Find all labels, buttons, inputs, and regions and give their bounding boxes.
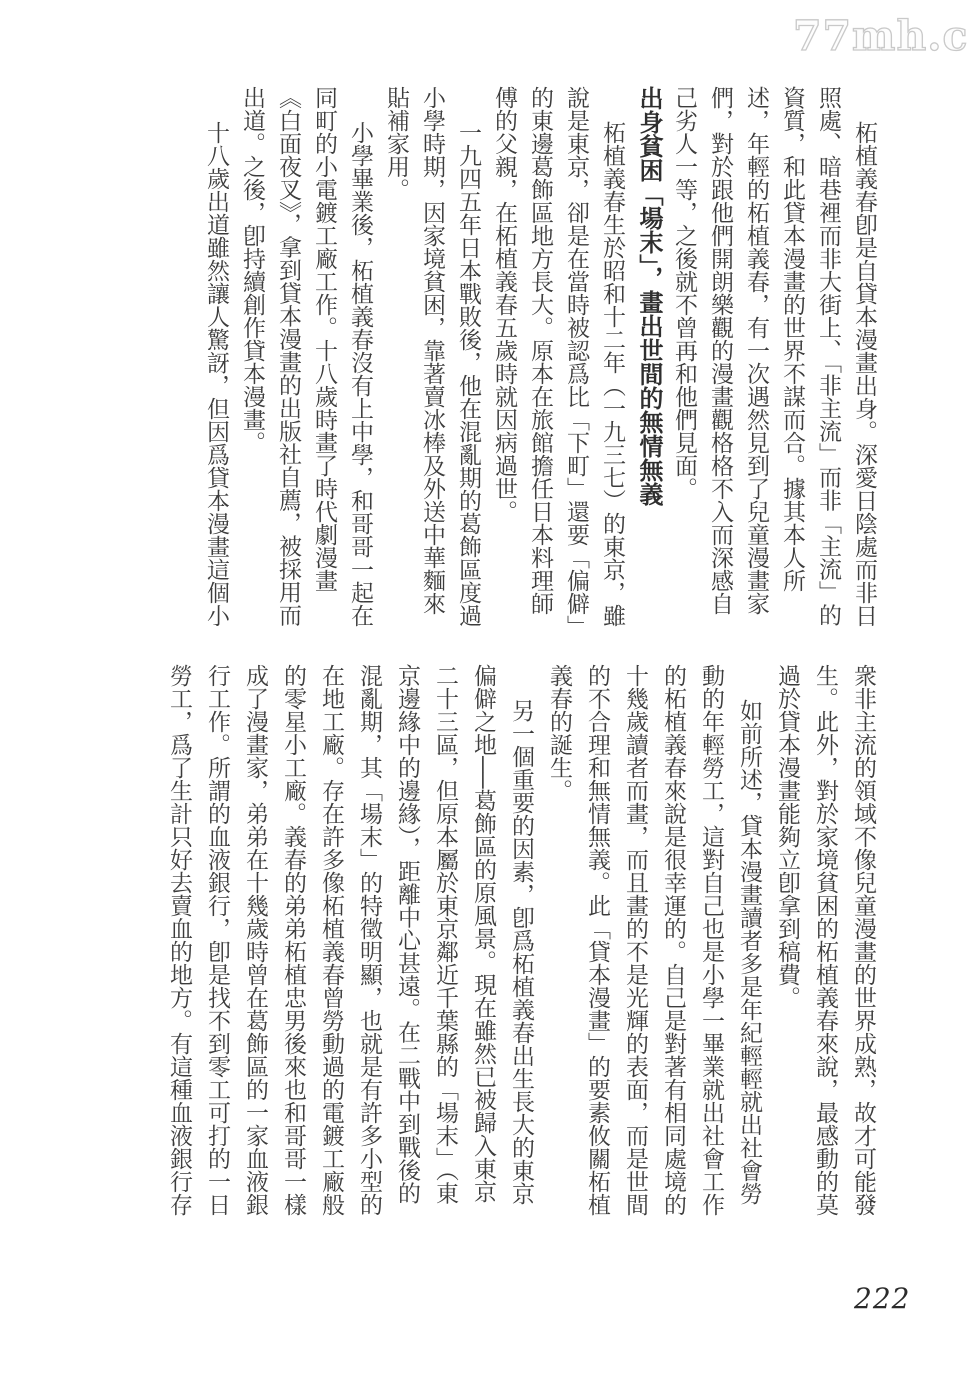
body-paragraph: 另一個重要的因素，卽爲柘植義春出生長大的東京偏僻之地──葛飾區的原風景。現在雖然… xyxy=(158,664,540,1216)
top-register: 柘植義春卽是自貸本漫畫出身。深愛日陰處而非日照處、暗巷裡而非大街上、「非主流」而… xyxy=(158,86,882,634)
site-watermark: 77mh.com xyxy=(793,12,968,60)
page-number: 222 xyxy=(854,1282,910,1315)
body-paragraph: 衆非主流的領域不像兒童漫畫的世界成熟，故才可能發生。此外，對於家境貧困的柘植義春… xyxy=(768,664,882,1216)
body-paragraph: 十八歲出道雖然讓人驚訝，但因爲貸本漫畫這個小 xyxy=(198,86,234,634)
section-heading: 出身貧困「場末」，畫出世間的無情無義 xyxy=(630,86,666,634)
body-paragraph: 柘植義春卽是自貸本漫畫出身。深愛日陰處而非日照處、暗巷裡而非大街上、「非主流」而… xyxy=(666,86,882,634)
bottom-register: 衆非主流的領域不像兒童漫畫的世界成熟，故才可能發生。此外，對於家境貧困的柘植義春… xyxy=(158,664,882,1216)
body-paragraph: 小學畢業後，柘植義春沒有上中學，和哥哥一起在同町的小電鍍工廠工作。十八歲時畫了時… xyxy=(234,86,378,634)
body-paragraph: 如前所述，貸本漫畫讀者多是年紀輕輕就出社會勞動的年輕勞工，這對自己也是小學一畢業… xyxy=(540,664,768,1216)
body-paragraph: 一九四五年日本戰敗後，他在混亂期的葛飾區度過小學時期，因家境貧困，靠著賣冰棒及外… xyxy=(378,86,486,634)
book-page: 77mh.com 柘植義春卽是自貸本漫畫出身。深愛日陰處而非日照處、暗巷裡而非大… xyxy=(0,0,968,1374)
body-paragraph: 柘植義春生於昭和十二年（一九三七）的東京，雖說是東京，卻是在當時被認爲比「下町」… xyxy=(486,86,630,634)
